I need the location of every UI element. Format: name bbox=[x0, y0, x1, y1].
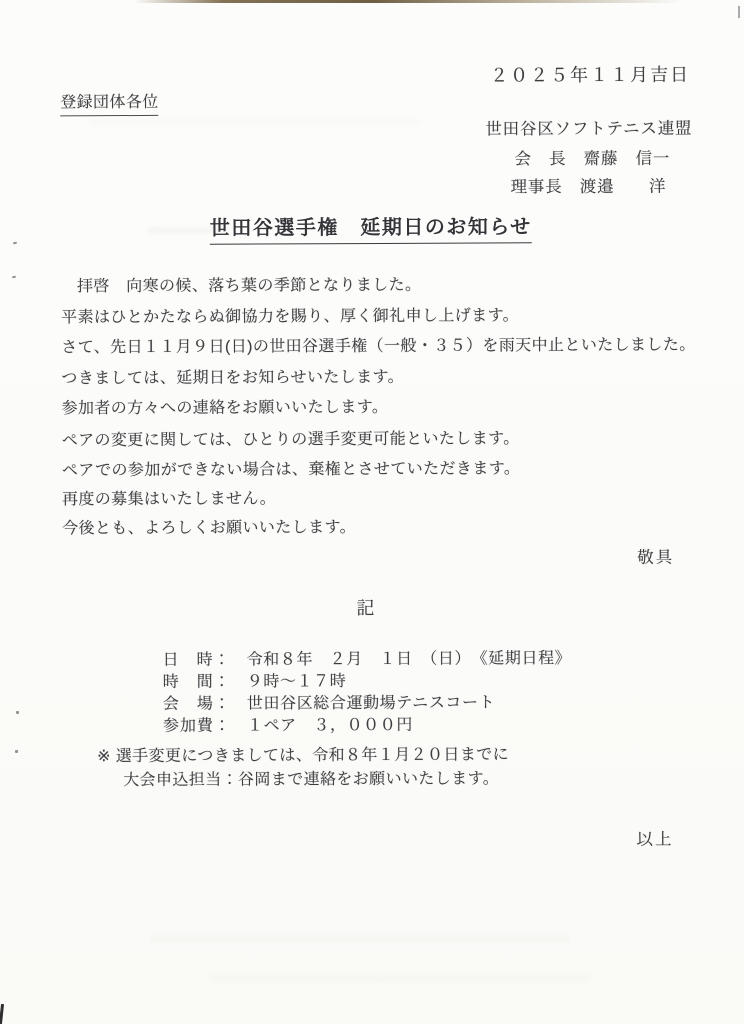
sender-president: 会 長 齋藤 信一 bbox=[514, 145, 670, 170]
end-mark: 以上 bbox=[636, 826, 673, 850]
note-line: 大会申込担当：谷岡まで連絡をお願いいたします。 bbox=[123, 765, 499, 790]
detail-value: 世田谷区総合運動場テニスコート bbox=[247, 689, 495, 713]
addressee: 登録団体各位 bbox=[60, 89, 159, 116]
detail-label: 日 時： bbox=[163, 647, 231, 670]
body-line: 参加者の方々への連絡をお願いいたします。 bbox=[61, 394, 388, 418]
sender-director: 理事長 渡邉 洋 bbox=[511, 173, 667, 198]
note-line: ※ 選手変更につきましては、令和８年１月２０日までに bbox=[97, 741, 509, 766]
scan-smudge bbox=[90, 120, 420, 125]
document-title: 世田谷選手権 延期日のお知らせ bbox=[0, 209, 743, 241]
detail-row-datetime: 日 時： 令和８年 ２月 １日 （日） 《延期日程》 bbox=[163, 645, 572, 670]
detail-value: １ペア ３，０００円 bbox=[247, 712, 413, 736]
body-line: さて、先日１１月９日(日)の世田谷選手権（一般・３５）を雨天中止といたしました。 bbox=[61, 332, 695, 358]
body-line: ペアの変更に関しては、ひとりの選手変更可能といたします。 bbox=[62, 425, 520, 450]
detail-row-venue: 会 場： 世田谷区総合運動場テニスコート bbox=[163, 689, 495, 713]
sender-organization: 世田谷区ソフトテニス連盟 bbox=[485, 115, 692, 140]
detail-row-time: 時 間： ９時～１７時 bbox=[163, 668, 347, 692]
record-heading: 記 bbox=[356, 594, 376, 620]
detail-label: 参加費： bbox=[163, 713, 231, 736]
scan-smudge bbox=[148, 229, 228, 232]
scan-smudge bbox=[150, 935, 570, 942]
closing-salutation: 敬具 bbox=[637, 544, 674, 568]
body-line: 再度の募集はいたしません。 bbox=[62, 485, 276, 509]
scan-speck bbox=[16, 711, 19, 714]
body-line: 拝啓 向寒の候、落ち葉の季節となりました。 bbox=[77, 272, 422, 297]
date-line: ２０２５年１１月吉日 bbox=[490, 61, 690, 88]
body-line: 今後とも、よろしくお願いいたします。 bbox=[62, 514, 356, 538]
detail-row-fee: 参加費： １ペア ３，０００円 bbox=[163, 712, 413, 736]
body-line: 平素はひとかたならぬ御協力を賜り、厚く御礼申し上げます。 bbox=[61, 302, 519, 327]
scan-speck bbox=[15, 750, 18, 753]
detail-value: 令和８年 ２月 １日 （日） 《延期日程》 bbox=[247, 645, 572, 669]
detail-label: 時 間： bbox=[163, 669, 231, 692]
body-line: つきましては、延期日をお知らせいたします。 bbox=[61, 364, 404, 388]
scanned-document-page: ２０２５年１１月吉日 登録団体各位 世田谷区ソフトテニス連盟 会 長 齋藤 信一… bbox=[0, 0, 744, 1024]
detail-label: 会 場： bbox=[163, 691, 231, 714]
document-content: ２０２５年１１月吉日 登録団体各位 世田谷区ソフトテニス連盟 会 長 齋藤 信一… bbox=[0, 0, 744, 1024]
scan-smudge bbox=[210, 975, 590, 981]
detail-value: ９時～１７時 bbox=[247, 668, 347, 691]
body-line: ペアでの参加ができない場合は、棄権とさせていただきます。 bbox=[62, 455, 521, 480]
document-title-text: 世田谷選手権 延期日のお知らせ bbox=[210, 216, 532, 244]
